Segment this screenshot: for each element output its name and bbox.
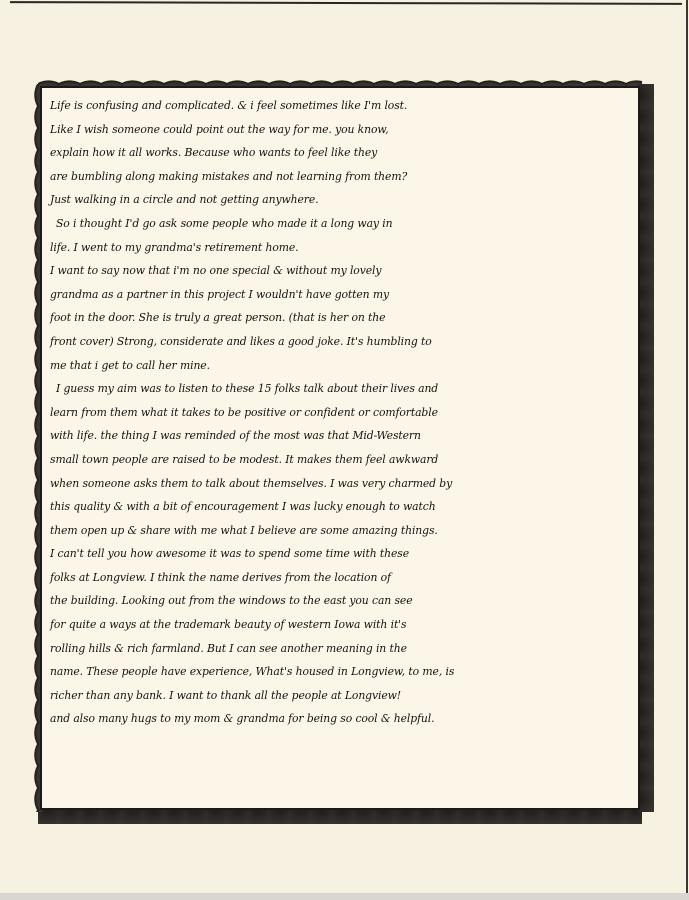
scallop-border-bottom xyxy=(38,808,642,824)
letter-line: grandma as a partner in this project I w… xyxy=(50,283,632,307)
letter-line: me that i get to call her mine. xyxy=(50,354,632,378)
letter-line: folks at Longview. I think the name deri… xyxy=(50,566,632,590)
letter-line: name. These people have experience, What… xyxy=(50,660,632,684)
letter-line: I can't tell you how awesome it was to s… xyxy=(50,542,632,566)
handwritten-letter: Life is confusing and complicated. & i f… xyxy=(50,94,632,731)
letter-line: rolling hills & rich farmland. But I can… xyxy=(50,637,632,661)
letter-line: for quite a ways at the trademark beauty… xyxy=(50,613,632,637)
letter-line: them open up & share with me what I beli… xyxy=(50,519,632,543)
letter-line: Like I wish someone could point out the … xyxy=(50,118,632,142)
top-edge-rule xyxy=(10,1,682,5)
letter-line: richer than any bank. I want to thank al… xyxy=(50,684,632,708)
letter-line: Life is confusing and complicated. & i f… xyxy=(50,94,632,118)
letter-line: explain how it all works. Because who wa… xyxy=(50,141,632,165)
letter-line: and also many hugs to my mom & grandma f… xyxy=(50,707,632,731)
letter-line: life. I went to my grandma's retirement … xyxy=(50,236,632,260)
letter-line: foot in the door. She is truly a great p… xyxy=(50,306,632,330)
letter-line: Just walking in a circle and not getting… xyxy=(50,188,632,212)
letter-panel: Life is confusing and complicated. & i f… xyxy=(40,86,640,810)
letter-line: are bumbling along making mistakes and n… xyxy=(50,165,632,189)
letter-line: learn from them what it takes to be posi… xyxy=(50,401,632,425)
letter-line: with life. the thing I was reminded of t… xyxy=(50,424,632,448)
right-edge-rule xyxy=(686,0,688,900)
letter-line: I guess my aim was to listen to these 15… xyxy=(50,377,632,401)
scalloped-border-frame: Life is confusing and complicated. & i f… xyxy=(26,72,654,824)
letter-line: So i thought I'd go ask some people who … xyxy=(50,212,632,236)
letter-line: when someone asks them to talk about the… xyxy=(50,472,632,496)
letter-line: the building. Looking out from the windo… xyxy=(50,589,632,613)
letter-line: I want to say now that i'm no one specia… xyxy=(50,259,632,283)
letter-line: front cover) Strong, considerate and lik… xyxy=(50,330,632,354)
scallop-border-right xyxy=(638,84,654,812)
letter-line: this quality & with a bit of encourageme… xyxy=(50,495,632,519)
letter-line: small town people are raised to be modes… xyxy=(50,448,632,472)
scan-bottom-edge xyxy=(0,893,689,900)
